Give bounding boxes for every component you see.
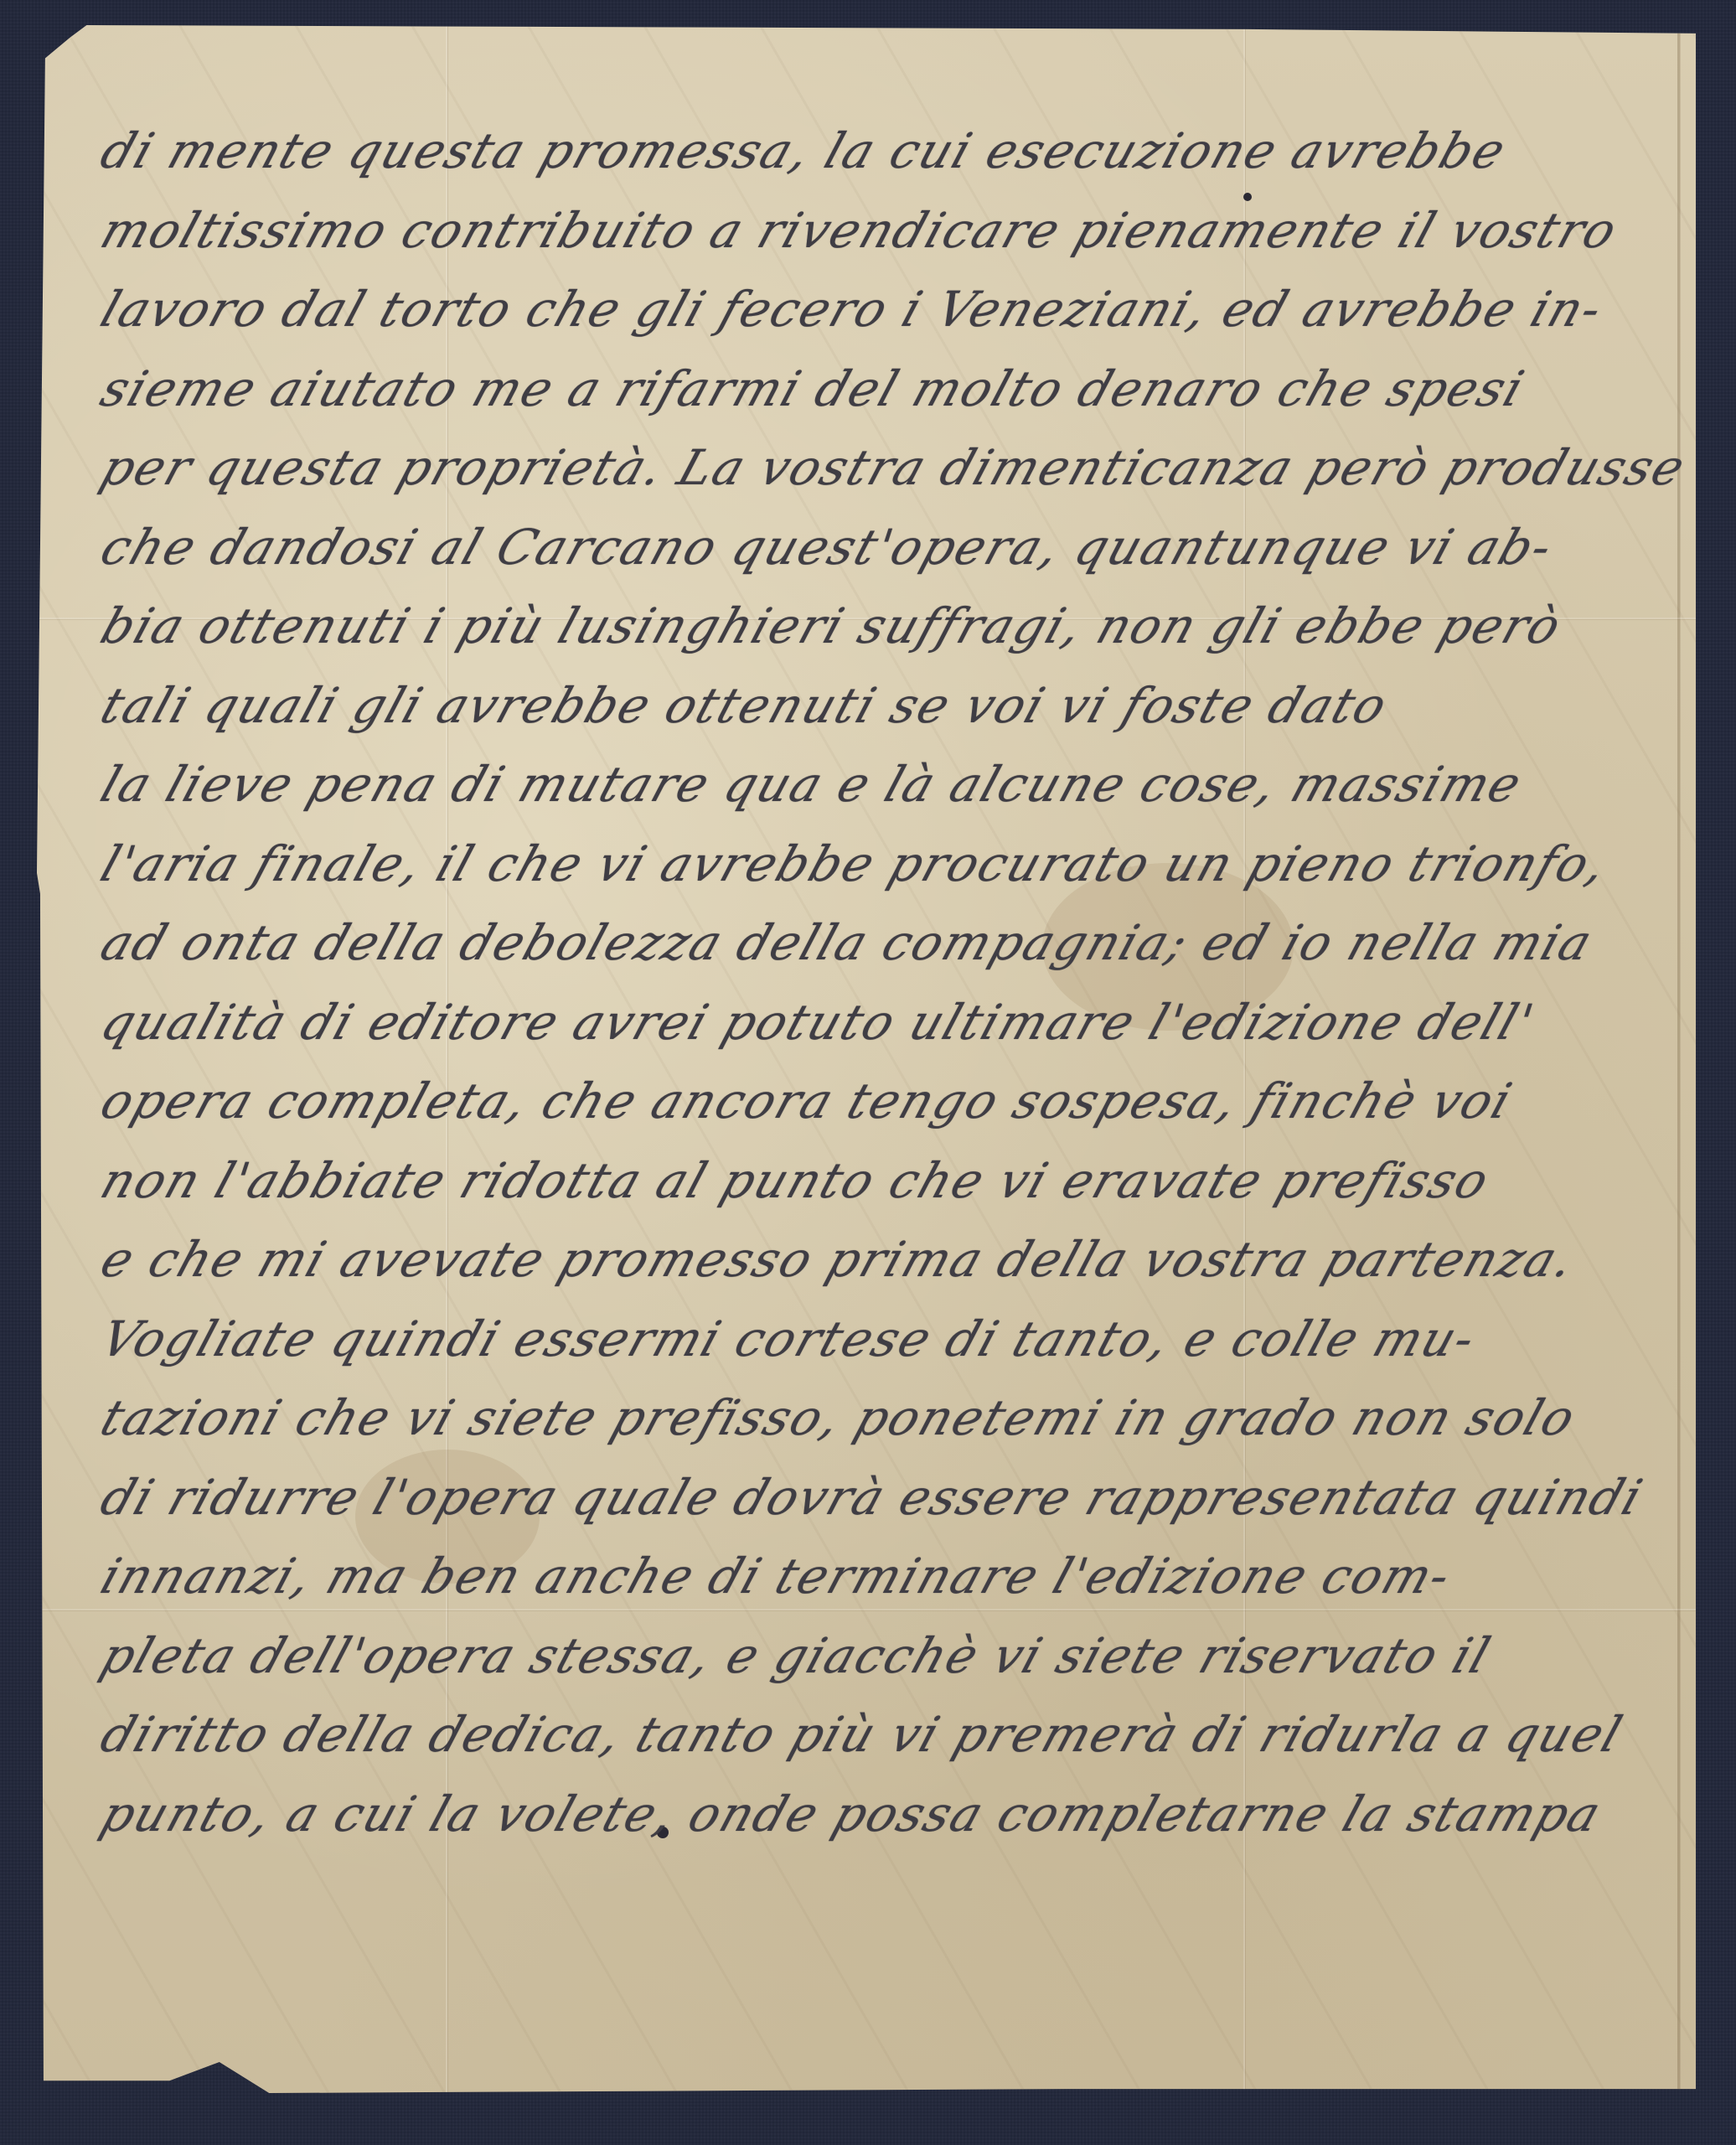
text-line: qualità di editore avrei potuto ultimare…: [96, 967, 1713, 1047]
text-line: e che mi avevate promesso prima della vo…: [96, 1204, 1713, 1284]
text-line: tali quali gli avrebbe ottenuti se voi v…: [96, 650, 1713, 730]
text-line: che dandosi al Carcano quest'opera, quan…: [96, 492, 1713, 571]
handwritten-text: di mente questa promessa, la cui esecuzi…: [96, 96, 1687, 1837]
text-line: ad onta della debolezza della compagnia;…: [96, 887, 1713, 967]
text-line: di ridurre l'opera quale dovrà essere ra…: [96, 1442, 1713, 1522]
text-line: opera completa, che ancora tengo sospesa…: [96, 1046, 1713, 1125]
text-line: per questa proprietà. La vostra dimentic…: [96, 412, 1713, 492]
text-line: la lieve pena di mutare qua e là alcune …: [96, 729, 1713, 809]
text-line: Vogliate quindi essermi cortese di tanto…: [96, 1284, 1713, 1363]
text-line: lavoro dal torto che gli fecero i Venezi…: [96, 254, 1713, 333]
text-line: bia ottenuti i più lusinghieri suffragi,…: [96, 571, 1713, 650]
text-line: moltissimo contribuito a rivendicare pie…: [96, 175, 1713, 255]
text-line: l'aria finale, il che vi avrebbe procura…: [96, 809, 1713, 888]
text-line: punto, a cui la volete, onde possa compl…: [96, 1759, 1713, 1838]
text-line: pleta dell'opera stessa, e giacchè vi si…: [96, 1600, 1713, 1680]
text-line: innanzi, ma ben anche di terminare l'edi…: [96, 1521, 1713, 1600]
text-line: diritto della dedica, tanto più vi preme…: [96, 1679, 1713, 1759]
text-line: tazioni che vi siete prefisso, ponetemi …: [96, 1362, 1713, 1442]
text-line: sieme aiutato me a rifarmi del molto den…: [96, 333, 1713, 413]
text-line: di mente questa promessa, la cui esecuzi…: [96, 96, 1713, 175]
manuscript-page: di mente questa promessa, la cui esecuzi…: [37, 25, 1696, 2093]
text-line: non l'abbiate ridotta al punto che vi er…: [96, 1125, 1713, 1205]
